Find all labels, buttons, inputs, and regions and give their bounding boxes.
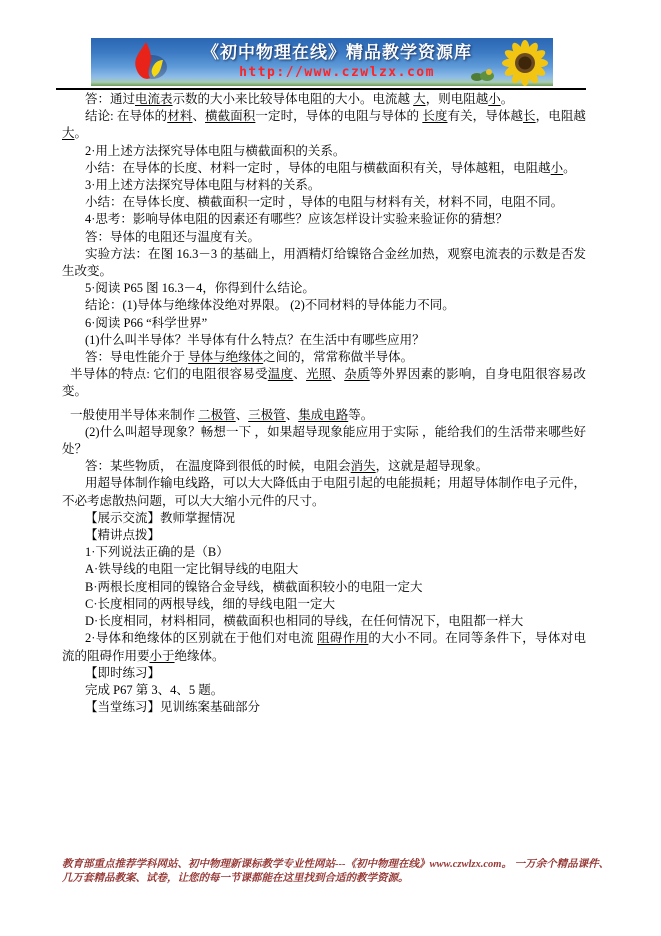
text-segment: (2)什么叫超导现象？畅想一下 ，如果超导现象能应用于实际 ，能给我们的生活带来… bbox=[62, 425, 586, 456]
text-segment: 小结：在导体长度、横截面积一定时 ，导体的电阻与材料有关，材料不同，电阻不同。 bbox=[85, 195, 563, 209]
text-segment: 答：导体的电阻还与温度有关。 bbox=[85, 230, 260, 244]
underlined-text: 大 bbox=[413, 92, 426, 106]
text-segment: 2·用上述方法探究导体电阻与横截面积的关系。 bbox=[85, 144, 345, 158]
text-segment: 。 bbox=[563, 161, 576, 175]
paragraph: 5·阅读 P65 图 16.3－4，你得到什么结论。 bbox=[62, 280, 586, 297]
text-segment: ，则电阻越 bbox=[426, 92, 489, 106]
text-segment: 完成 P67 第 3、4、5 题。 bbox=[85, 683, 223, 697]
banner-url-link[interactable]: http://www.czwlzx.com bbox=[179, 64, 495, 82]
underlined-text: 小于 bbox=[150, 649, 175, 663]
paragraph: 【当堂练习】见训练案基础部分 bbox=[62, 699, 586, 716]
paragraph: A·铁导线的电阻一定比铜导线的电阻大 bbox=[62, 561, 586, 578]
text-segment: D·长度相同，材料相同，横截面积也相同的导线，在任何情况下，电阻都一样大 bbox=[85, 614, 523, 628]
text-segment: 有关，导体越 bbox=[448, 109, 524, 123]
underlined-text: 小 bbox=[488, 92, 501, 106]
paragraph: 答：通过电流表示数的大小来比较导体电阻的大小。电流越 大，则电阻越小。 bbox=[62, 91, 586, 108]
text-segment: 半导体的特点: 它们的电阻很容易受 bbox=[70, 367, 268, 381]
paragraph: 半导体的特点: 它们的电阻很容易受温度、光照、杂质等外界因素的影响，自身电阻很容… bbox=[62, 366, 586, 400]
text-segment: 一般使用半导体来制作 bbox=[70, 408, 198, 422]
header-divider bbox=[56, 88, 586, 90]
paragraph: 答：某些物质， 在温度降到很低的时候，电阻会消失，这就是超导现象。 bbox=[62, 458, 586, 475]
paragraph: (1)什么叫半导体？半导体有什么特点？在生活中有哪些应用？ bbox=[62, 332, 586, 349]
underlined-text: 大 bbox=[62, 126, 75, 140]
text-segment: ，电阻越 bbox=[536, 109, 586, 123]
text-segment: 等。 bbox=[348, 408, 373, 422]
text-segment: B·两根长度相同的镍铬合金导线，横截面积较小的电阻一定大 bbox=[85, 580, 423, 594]
text-segment: 实验方法：在图 16.3－3 的基础上，用酒精灯给镍铬合金丝加热，观察电流表的示… bbox=[62, 247, 586, 278]
paragraph: 小结：在导体的长度、材料一定时 ，导体的电阻与横截面积有关，导体越粗，电阻越小。 bbox=[62, 160, 586, 177]
underlined-text: 横截面积 bbox=[205, 109, 255, 123]
text-segment: 4·思考：影响导体电阻的因素还有哪些？应该怎样设计实验来验证你的猜想？ bbox=[85, 212, 508, 226]
site-banner: 《初中物理在线》精品教学资源库 http://www.czwlzx.com bbox=[91, 38, 553, 86]
text-segment: 【即时练习】 bbox=[85, 666, 160, 680]
underlined-text: 小 bbox=[551, 161, 564, 175]
text-segment: 、 bbox=[332, 367, 345, 381]
text-segment: 答：某些物质， 在温度降到很低的时候，电阻会 bbox=[85, 459, 351, 473]
underlined-text: 消失 bbox=[351, 459, 376, 473]
text-segment: 。 bbox=[75, 126, 88, 140]
footer-line-1: 教育部重点推荐学科网站、初中物理新课标教学专业性网站---《初中物理在线》www… bbox=[62, 858, 618, 872]
paragraph: 【展示交流】教师掌握情况 bbox=[62, 510, 586, 527]
text-segment: 一定时，导体的电阻与导体的 bbox=[255, 109, 422, 123]
paragraph: 答：导体的电阻还与温度有关。 bbox=[62, 229, 586, 246]
flame-logo-icon bbox=[129, 40, 171, 86]
text-segment: 结论：(1)导体与绝缘体没绝对界限。 (2)不同材料的导体能力不同。 bbox=[85, 298, 455, 312]
text-segment: A·铁导线的电阻一定比铜导线的电阻大 bbox=[85, 562, 298, 576]
text-segment: 之间的，常常称做半导体。 bbox=[263, 350, 413, 364]
paragraph: 答：导电性能介于 导体与绝缘体之间的，常常称做半导体。 bbox=[62, 349, 586, 366]
text-segment: 示数的大小来比较导体电阻的大小。电流越 bbox=[173, 92, 414, 106]
document-page: 《初中物理在线》精品教学资源库 http://www.czwlzx.com bbox=[0, 0, 661, 936]
text-segment: (1)什么叫半导体？半导体有什么特点？在生活中有哪些应用？ bbox=[85, 333, 425, 347]
text-segment: 3·用上述方法探究导体电阻与材料的关系。 bbox=[85, 178, 320, 192]
underlined-text: 材料 bbox=[167, 109, 192, 123]
paragraph: 结论：(1)导体与绝缘体没绝对界限。 (2)不同材料的导体能力不同。 bbox=[62, 297, 586, 314]
text-segment: 结论: 在导体的 bbox=[85, 109, 167, 123]
text-segment: 。 bbox=[501, 92, 514, 106]
text-segment: 小结：在导体的长度、材料一定时 ，导体的电阻与横截面积有关，导体越粗，电阻越 bbox=[85, 161, 551, 175]
underlined-text: 电流表 bbox=[135, 92, 173, 106]
page-footer: 教育部重点推荐学科网站、初中物理新课标教学专业性网站---《初中物理在线》www… bbox=[62, 858, 618, 885]
underlined-text: 杂质 bbox=[344, 367, 369, 381]
text-segment: 、 bbox=[286, 408, 299, 422]
paragraph: 【即时练习】 bbox=[62, 665, 586, 682]
underlined-text: 长 bbox=[523, 109, 536, 123]
text-segment: 、 bbox=[293, 367, 306, 381]
paragraph: 完成 P67 第 3、4、5 题。 bbox=[62, 682, 586, 699]
text-segment: 6·阅读 P66 “科学世界” bbox=[85, 316, 207, 330]
text-segment: 1·下列说法正确的是（B） bbox=[85, 545, 229, 559]
text-segment: 【当堂练习】见训练案基础部分 bbox=[85, 700, 260, 714]
underlined-text: 集成电路 bbox=[298, 408, 348, 422]
grass-icon bbox=[471, 67, 497, 86]
text-segment: 【展示交流】教师掌握情况 bbox=[85, 511, 235, 525]
text-segment: 绝缘体。 bbox=[175, 649, 225, 663]
underlined-text: 导体与绝缘体 bbox=[188, 350, 263, 364]
paragraph: (2)什么叫超导现象？畅想一下 ，如果超导现象能应用于实际 ，能给我们的生活带来… bbox=[62, 424, 586, 458]
paragraph: D·长度相同，材料相同，横截面积也相同的导线，在任何情况下，电阻都一样大 bbox=[62, 613, 586, 630]
sunflower-icon bbox=[497, 38, 551, 86]
paragraph: 一般使用半导体来制作 二极管、三极管、集成电路等。 bbox=[62, 407, 586, 424]
underlined-text: 光照 bbox=[306, 367, 331, 381]
paragraph: B·两根长度相同的镍铬合金导线，横截面积较小的电阻一定大 bbox=[62, 579, 586, 596]
paragraph: 用超导体制作输电线路，可以大大降低由于电阻引起的电能损耗；用超导体制作电子元件，… bbox=[62, 475, 586, 509]
underlined-text: 长度 bbox=[422, 109, 447, 123]
paragraph: 2·导体和绝缘体的区别就在于他们对电流 阻碍作用的大小不同。在同等条件下，导体对… bbox=[62, 630, 586, 664]
paragraph: 3·用上述方法探究导体电阻与材料的关系。 bbox=[62, 177, 586, 194]
paragraph: 2·用上述方法探究导体电阻与横截面积的关系。 bbox=[62, 143, 586, 160]
text-segment: 答：导电性能介于 bbox=[85, 350, 188, 364]
text-segment: 、 bbox=[236, 408, 249, 422]
paragraph: 6·阅读 P66 “科学世界” bbox=[62, 315, 586, 332]
document-body: 答：通过电流表示数的大小来比较导体电阻的大小。电流越 大，则电阻越小。结论: 在… bbox=[62, 91, 586, 716]
banner-text-block: 《初中物理在线》精品教学资源库 http://www.czwlzx.com bbox=[179, 41, 495, 82]
paragraph: 小结：在导体长度、横截面积一定时 ，导体的电阻与材料有关，材料不同，电阻不同。 bbox=[62, 194, 586, 211]
text-segment: 用超导体制作输电线路，可以大大降低由于电阻引起的电能损耗；用超导体制作电子元件，… bbox=[62, 476, 586, 507]
text-segment: C·长度相同的两根导线，细的导线电阻一定大 bbox=[85, 597, 335, 611]
paragraph: 1·下列说法正确的是（B） bbox=[62, 544, 586, 561]
paragraph: 实验方法：在图 16.3－3 的基础上，用酒精灯给镍铬合金丝加热，观察电流表的示… bbox=[62, 246, 586, 280]
text-segment: 答：通过 bbox=[85, 92, 135, 106]
underlined-text: 阻碍作用 bbox=[317, 631, 368, 645]
banner-title: 《初中物理在线》精品教学资源库 bbox=[179, 41, 495, 64]
paragraph: 结论: 在导体的材料、横截面积一定时，导体的电阻与导体的 长度有关，导体越长，电… bbox=[62, 108, 586, 142]
text-segment: 5·阅读 P65 图 16.3－4，你得到什么结论。 bbox=[85, 281, 315, 295]
underlined-text: 二极管 bbox=[198, 408, 236, 422]
footer-line-2: 几万套精品教案、试卷，让您的每一节课都能在这里找到合适的教学资源。 bbox=[62, 872, 618, 886]
paragraph: 【精讲点拨】 bbox=[62, 527, 586, 544]
text-segment: 【精讲点拨】 bbox=[85, 528, 160, 542]
text-segment: ，这就是超导现象。 bbox=[376, 459, 489, 473]
text-segment: 2·导体和绝缘体的区别就在于他们对电流 bbox=[85, 631, 317, 645]
text-segment: 、 bbox=[192, 109, 205, 123]
underlined-text: 温度 bbox=[268, 367, 293, 381]
underlined-text: 三极管 bbox=[248, 408, 286, 422]
paragraph: C·长度相同的两根导线，细的导线电阻一定大 bbox=[62, 596, 586, 613]
paragraph: 4·思考：影响导体电阻的因素还有哪些？应该怎样设计实验来验证你的猜想？ bbox=[62, 211, 586, 228]
